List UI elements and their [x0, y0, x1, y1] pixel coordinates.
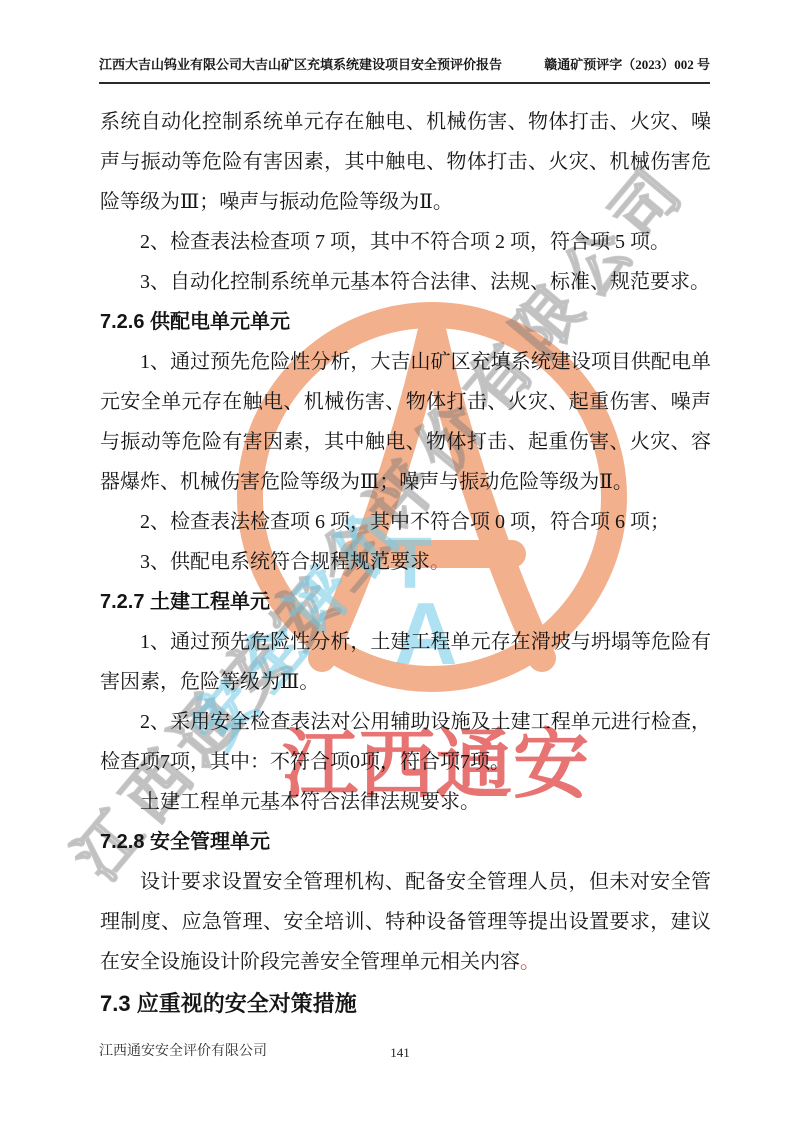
paragraph-text: 土建工程单元基本符合法律法规要求。 — [140, 791, 480, 813]
red-revision-mark: 。 — [430, 551, 450, 573]
paragraph-text: 2、检查表法检查项 6 项，其中不符合项 0 项，符合项 6 项； — [140, 511, 670, 533]
body-paragraph: 2、采用安全检查表法对公用辅助设施及土建工程单元进行检查，检查项7项，其中：不符… — [100, 702, 711, 782]
paragraph-text: 2、检查表法检查项 7 项，其中不符合项 2 项，符合项 5 项。 — [140, 231, 670, 253]
paragraph-text: 设计要求设置安全管理机构、配备安全管理人员，但未对安全管理制度、应急管理、安全培… — [100, 871, 711, 973]
paragraph-text: 7.3 应重视的安全对策措施 — [100, 991, 357, 1016]
paragraph-text: 1、通过预先危险性分析，土建工程单元存在滑坡与坍塌等危险有害因素，危险等级为Ⅲ。 — [100, 631, 711, 693]
paragraph-text: 3、供配电系统符合规程规范要求 — [140, 551, 430, 573]
body-paragraph: 3、供配电系统符合规程规范要求。 — [100, 542, 711, 582]
section-heading: 7.2.7 土建工程单元 — [100, 582, 711, 622]
red-revision-mark: 。 — [520, 951, 540, 973]
paragraph-text: 2、采用安全检查表法对公用辅助设施及土建工程单元进行检查，检查项7项，其中：不符… — [100, 711, 711, 773]
paragraph-text: 1、通过预先危险性分析，大吉山矿区充填系统建设项目供配电单元安全单元存在触电、机… — [100, 351, 711, 493]
body-paragraph: 1、通过预先危险性分析，土建工程单元存在滑坡与坍塌等危险有害因素，危险等级为Ⅲ。 — [100, 622, 711, 702]
body-paragraph: 土建工程单元基本符合法律法规要求。 — [100, 782, 711, 822]
paragraph-text: 3、自动化控制系统单元基本符合法律、法规、标准、规范要求。 — [140, 271, 710, 293]
body-paragraph: 2、检查表法检查项 7 项，其中不符合项 2 项，符合项 5 项。 — [100, 222, 711, 262]
section-heading: 7.2.6 供配电单元单元 — [100, 302, 711, 342]
section-heading: 7.2.8 安全管理单元 — [100, 822, 711, 862]
body-paragraph: 设计要求设置安全管理机构、配备安全管理人员，但未对安全管理制度、应急管理、安全培… — [100, 862, 711, 982]
document-number: 赣通矿预评字（2023）002 号 — [544, 55, 710, 75]
document-body: 系统自动化控制系统单元存在触电、机械伤害、物体打击、火灾、噪声与振动等危险有害因… — [100, 102, 711, 1026]
page-number: 141 — [0, 1043, 800, 1063]
document-page: 江西通安安全评价有限公司 安全评价 T A 江西通安 江西大吉山钨业有限公司大吉… — [0, 0, 800, 1131]
paragraph-text: 7.2.6 供配电单元单元 — [100, 311, 290, 333]
paragraph-text: 7.2.8 安全管理单元 — [100, 831, 270, 853]
report-title: 江西大吉山钨业有限公司大吉山矿区充填系统建设项目安全预评价报告 — [99, 55, 502, 75]
page-header: 江西大吉山钨业有限公司大吉山矿区充填系统建设项目安全预评价报告 赣通矿预评字（2… — [99, 55, 710, 84]
body-paragraph: 2、检查表法检查项 6 项，其中不符合项 0 项，符合项 6 项； — [100, 502, 711, 542]
body-paragraph: 3、自动化控制系统单元基本符合法律、法规、标准、规范要求。 — [100, 262, 711, 302]
body-paragraph: 系统自动化控制系统单元存在触电、机械伤害、物体打击、火灾、噪声与振动等危险有害因… — [100, 102, 711, 222]
paragraph-text: 7.2.7 土建工程单元 — [100, 591, 270, 613]
paragraph-text: 系统自动化控制系统单元存在触电、机械伤害、物体打击、火灾、噪声与振动等危险有害因… — [100, 111, 711, 213]
body-paragraph: 1、通过预先危险性分析，大吉山矿区充填系统建设项目供配电单元安全单元存在触电、机… — [100, 342, 711, 502]
section-heading: 7.3 应重视的安全对策措施 — [100, 982, 711, 1026]
